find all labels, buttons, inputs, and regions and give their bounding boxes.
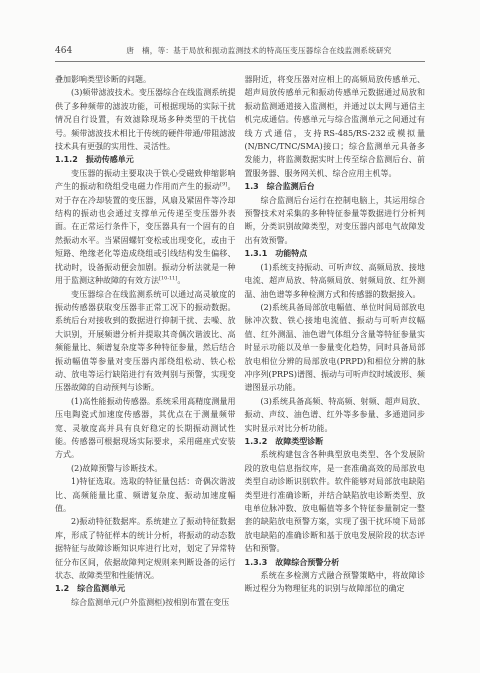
paragraph: (1)系统支持振动、可听声纹、高频局放、接地电流、超声局放、特高频局放、射频局放… [245,261,426,301]
paragraph: 系统构建包含各种典型放电类型、各个发展阶段的放电信息指纹库，是一套准确高效的局部… [245,448,426,555]
citation-superscript: [9] [220,182,227,188]
section-heading: 1.3.2 故障类型诊断 [245,435,426,448]
paragraph: 器附近，将变压器对应相上的高频局放传感单元、超声局放传感单元和振动传感单元数据通… [245,73,426,180]
column-left: 叠加影响类型诊断的问题。(3)频带滤波技术。变压器综合在线监测系统提供了多种频带… [55,73,236,609]
paragraph: 1)特征选取。选取的特征量包括：奇偶次谐波比、高频能量比重、频谱复杂度、振动加速… [55,475,236,515]
paragraph: 变压器的振动主要取决于铁心受磁致伸缩影响产生的振动和绕组受电磁力作用而产生的振动… [55,167,236,288]
paragraph: (2)系统具备局部放电幅值、单位时间局部放电脉冲次数、铁心接地电流值、振动与可听… [245,301,426,395]
paragraph: 叠加影响类型诊断的问题。 [55,73,236,86]
paragraph: 综合监测单元(户外监测柜)按相别布置在变压 [55,596,236,609]
section-heading: 1.3.1 功能特点 [245,247,426,260]
section-heading: 1.3.3 故障综合预警分析 [245,556,426,569]
paragraph: 变压器综合在线监测系统可以通过高灵敏度的振动传感器获取变压器非正常工况下的振动数… [55,288,236,395]
page-number: 464 [55,46,93,56]
paragraph: (3)频带滤波技术。变压器综合在线监测系统提供了多种频带的滤波功能，可根据现场的… [55,86,236,153]
paragraph: (1)高性能振动传感器。系统采用高精度测量用压电陶瓷式加速度传感器，其优点在于测… [55,395,236,462]
section-heading: 1.3 综合监测后台 [245,180,426,193]
column-right: 器附近，将变压器对应相上的高频局放传感单元、超声局放传感单元和振动传感单元数据通… [245,73,426,609]
paragraph: 综合监测后台运行在控制电脑上，其运用综合预警技术对采集的多种特征参量等数据进行分… [245,194,426,248]
section-heading: 1.2 综合监测单元 [55,582,236,595]
page-header: 464 唐 楠，等：基于局放和振动监测技术的特高压变压器综合在线监测系统研究 [55,45,425,62]
citation-superscript: [10-11] [159,275,177,281]
paragraph: 系统在多检测方式融合预警策略中，将故障诊断过程分为物理征兆的识别与故障部位的确定 [245,569,426,596]
two-column-body: 叠加影响类型诊断的问题。(3)频带滤波技术。变压器综合在线监测系统提供了多种频带… [55,73,425,609]
paragraph: 2)振动特征数据库。系统建立了振动特征数据库，形成了特征样本的统计分析，将振动的… [55,515,236,582]
paper-page: 464 唐 楠，等：基于局放和振动监测技术的特高压变压器综合在线监测系统研究 叠… [0,0,480,673]
paragraph: (3)系统具备高频、特高频、射频、超声局放、振动、声纹、油色谱、红外等多参量、多… [245,395,426,435]
paragraph: (2)故障预警与诊断技术。 [55,462,236,475]
running-title: 唐 楠，等：基于局放和振动监测技术的特高压变压器综合在线监测系统研究 [93,45,425,56]
section-heading: 1.1.2 振动传感单元 [55,153,236,166]
